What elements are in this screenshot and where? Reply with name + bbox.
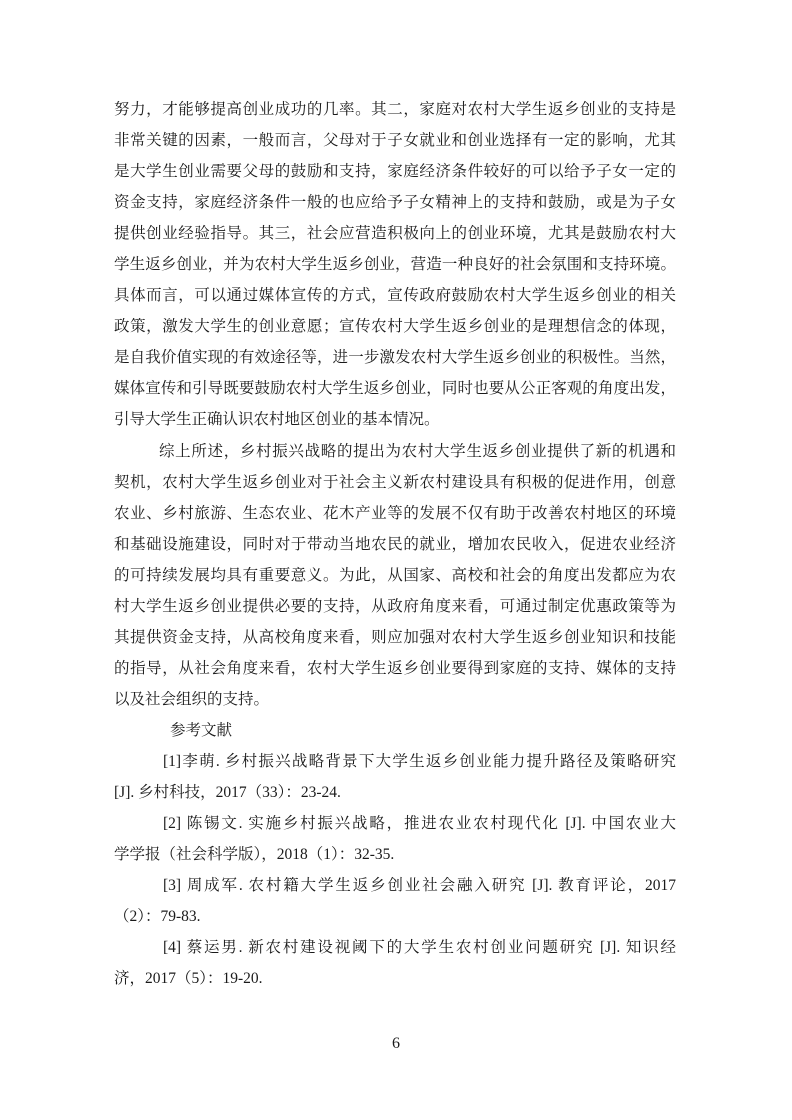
reference-line: [1]李萌. 乡村振兴战略背景下大学生返乡创业能力提升路径及策略研究 — [114, 746, 676, 777]
text-line: 是大学生创业需要父母的鼓励和支持，家庭经济条件较好的可以给予子女一定的 — [114, 156, 676, 187]
text-line: 引导大学生正确认识农村地区创业的基本情况。 — [114, 404, 676, 435]
text-line: 和基础设施建设，同时对于带动当地农民的就业，增加农民收入，促进农业经济 — [114, 529, 676, 560]
reference-line: [2] 陈锡文. 实施乡村振兴战略，推进农业农村现代化 [J]. 中国农业大 — [114, 808, 676, 839]
reference-line: 济，2017（5）：19-20. — [114, 963, 676, 994]
text-line: 提供创业经验指导。其三，社会应营造积极向上的创业环境，尤其是鼓励农村大 — [114, 218, 676, 249]
text-line: 村大学生返乡创业提供必要的支持，从政府角度来看，可通过制定优惠政策等为 — [114, 591, 676, 622]
text-line: 学生返乡创业，并为农村大学生返乡创业，营造一种良好的社会氛围和支持环境。 — [114, 249, 676, 280]
text-line: 努力，才能够提高创业成功的几率。其二，家庭对农村大学生返乡创业的支持是 — [114, 94, 676, 125]
text-line: 非常关键的因素，一般而言，父母对于子女就业和创业选择有一定的影响，尤其 — [114, 125, 676, 156]
text-line: 的指导，从社会角度来看，农村大学生返乡创业要得到家庭的支持、媒体的支持 — [114, 653, 676, 684]
text-line: 契机，农村大学生返乡创业对于社会主义新农村建设具有积极的促进作用，创意 — [114, 467, 676, 498]
text-line: 综上所述，乡村振兴战略的提出为农村大学生返乡创业提供了新的机遇和 — [114, 436, 676, 467]
document-page: 努力，才能够提高创业成功的几率。其二，家庭对农村大学生返乡创业的支持是 非常关键… — [0, 0, 792, 1120]
reference-line: [J]. 乡村科技，2017（33）：23-24. — [114, 777, 676, 808]
text-line: 资金支持，家庭经济条件一般的也应给予子女精神上的支持和鼓励，或是为子女 — [114, 187, 676, 218]
text-line: 是自我价值实现的有效途径等，进一步激发农村大学生返乡创业的积极性。当然， — [114, 342, 676, 373]
page-body: 努力，才能够提高创业成功的几率。其二，家庭对农村大学生返乡创业的支持是 非常关键… — [114, 94, 676, 994]
reference-line: （2）：79-83. — [114, 901, 676, 932]
text-line: 的可持续发展均具有重要意义。为此，从国家、高校和社会的角度出发都应为农 — [114, 560, 676, 591]
text-line: 具体而言，可以通过媒体宣传的方式，宣传政府鼓励农村大学生返乡创业的相关 — [114, 280, 676, 311]
references-heading: 参考文献 — [114, 715, 676, 746]
text-line: 政策，激发大学生的创业意愿；宣传农村大学生返乡创业的是理想信念的体现， — [114, 311, 676, 342]
text-line: 其提供资金支持，从高校角度来看，则应加强对农村大学生返乡创业知识和技能 — [114, 622, 676, 653]
page-number: 6 — [0, 1034, 792, 1054]
text-line: 农业、乡村旅游、生态农业、花木产业等的发展不仅有助于改善农村地区的环境 — [114, 498, 676, 529]
text-line: 以及社会组织的支持。 — [114, 684, 676, 715]
reference-line: [3] 周成军. 农村籍大学生返乡创业社会融入研究 [J]. 教育评论，2017 — [114, 870, 676, 901]
reference-line: 学学报（社会科学版），2018（1）：32-35. — [114, 839, 676, 870]
reference-line: [4] 蔡运男. 新农村建设视阈下的大学生农村创业问题研究 [J]. 知识经 — [114, 932, 676, 963]
text-line: 媒体宣传和引导既要鼓励农村大学生返乡创业，同时也要从公正客观的角度出发， — [114, 373, 676, 404]
